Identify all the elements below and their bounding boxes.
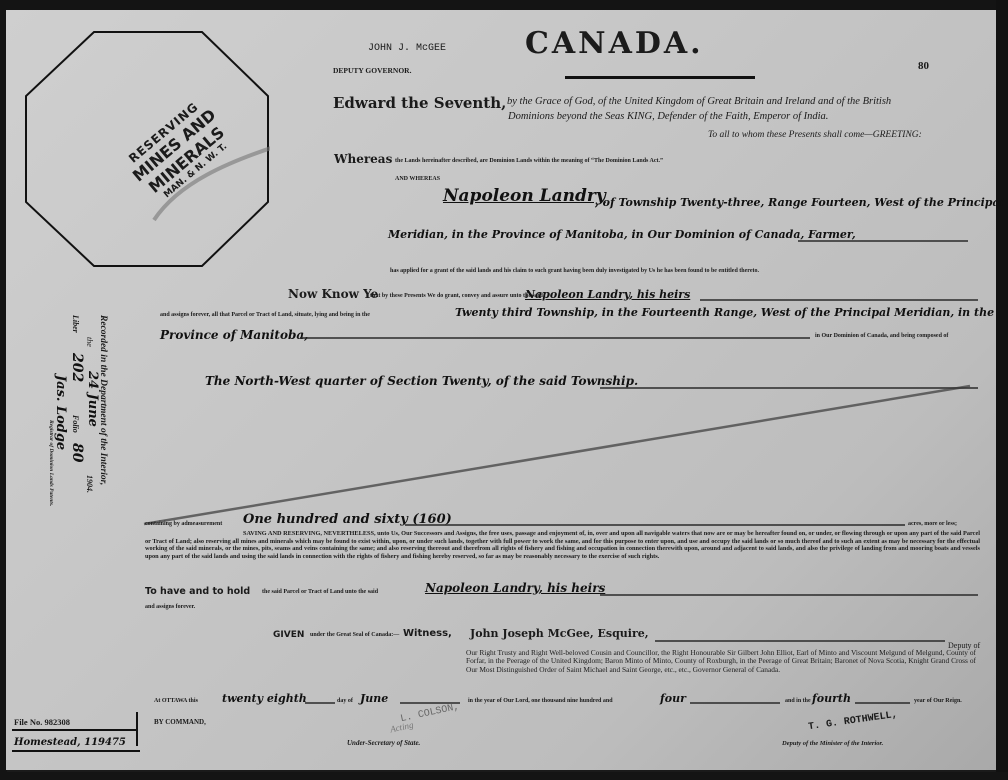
now-know-ye-heading: Now Know Ye: [288, 287, 378, 301]
given-text: under the Great Seal of Canada:—: [310, 632, 399, 638]
liber-label: Liber: [71, 315, 80, 333]
blank-rule: [855, 702, 910, 704]
dominion-text: in Our Dominion of Canada, and being com…: [815, 333, 948, 339]
grantee-name: Napoleon Landry: [443, 186, 606, 206]
dating-month: June: [360, 692, 388, 705]
cancel-stroke-line: [140, 380, 980, 530]
liber-number: 202: [69, 353, 85, 382]
reign-label: and in the: [785, 698, 811, 704]
blank-rule: [300, 337, 810, 339]
land-location: Twenty third Township, in the Fourteenth…: [455, 306, 994, 319]
given-heading: GIVEN: [273, 630, 304, 640]
dating-day: twenty eighth: [222, 692, 307, 705]
homestead-rule: [12, 750, 140, 752]
deputy-governor-stamp: JOHN J. McGEE: [368, 43, 446, 54]
blank-rule: [305, 702, 335, 704]
habendum-line2: and assigns forever.: [145, 604, 195, 610]
registrar-signature: Jas. Lodge: [53, 375, 68, 450]
blank-rule: [600, 594, 978, 596]
blank-rule: [655, 640, 945, 642]
grant-grantee: Napoleon Landry, his heirs: [525, 288, 690, 301]
grant-text: that by these Presents We do grant, conv…: [370, 293, 543, 299]
acreage-prefix: containing by admeasurement: [145, 521, 222, 527]
dating-prefix: At OTTAWA this: [154, 698, 198, 704]
habendum-grantee: Napoleon Landry, his heirs: [425, 581, 605, 595]
recorded-date: 24 June: [85, 371, 100, 427]
dating-reign: fourth: [812, 692, 851, 705]
page-number: 80: [918, 60, 929, 72]
grantee-residence-line1: , of Township Twenty-three, Range Fourte…: [595, 196, 1004, 209]
registrar-label: Registrar of Dominion Lands Patents.: [48, 420, 54, 506]
royal-style-line1: by the Grace of God, of the United Kingd…: [507, 96, 891, 107]
dating-year: four: [660, 692, 686, 705]
file-bracket: [136, 712, 138, 746]
governor-general-styling: Our Right Trusty and Right Well-beloved …: [466, 649, 976, 674]
grantee-residence-line2: Meridian, in the Province of Manitoba, i…: [388, 228, 856, 241]
acreage-suffix: acres, more or less;: [908, 521, 957, 527]
whereas-heading: Whereas: [334, 152, 392, 166]
homestead-number: Homestead, 119475: [14, 737, 126, 748]
scan-border-bottom: [0, 772, 1008, 780]
assigns-text: and assigns forever, all that Parcel or …: [160, 312, 370, 318]
scan-border-right: [996, 0, 1008, 780]
file-number: File No. 982308: [14, 717, 70, 727]
page-title: CANADA.: [525, 26, 704, 61]
province: Province of Manitoba,: [160, 328, 308, 342]
blank-rule: [700, 299, 978, 301]
folio-label: Folio: [71, 415, 80, 433]
file-number-rule: [12, 729, 137, 731]
deputy-governor-label: DEPUTY GOVERNOR.: [333, 66, 411, 75]
habendum-text: the said Parcel or Tract of Land unto th…: [262, 589, 378, 595]
mines-minerals-reservation-stamp: RESERVING MINES AND MINERALS MAN. & N. W…: [24, 30, 270, 268]
blank-rule: [798, 240, 968, 242]
witness-label: Witness,: [403, 628, 452, 639]
whereas-text: the Lands hereinafter described, are Dom…: [395, 158, 663, 164]
applied-text: has applied for a grant of the said land…: [390, 268, 759, 274]
witness-name: John Joseph McGee, Esquire,: [470, 627, 649, 640]
royal-style-line2: Dominions beyond the Seas KING, Defender…: [508, 111, 828, 122]
saving-clause: SAVING AND RESERVING, NEVERTHELESS, unto…: [145, 530, 980, 560]
habendum-heading: To have and to hold: [145, 586, 250, 597]
day-label: day of: [337, 698, 353, 704]
and-whereas-label: AND WHEREAS: [395, 176, 440, 182]
sovereign-name: Edward the Seventh,: [333, 94, 506, 112]
recorded-the-label: the: [85, 337, 94, 347]
blank-rule: [405, 524, 905, 526]
undersecretary-label: Under-Secretary of State.: [347, 739, 420, 747]
by-command-label: BY COMMAND,: [154, 718, 206, 726]
recorded-year: 1904.: [85, 475, 94, 493]
deputy-minister-label: Deputy of the Minister of the Interior.: [782, 740, 883, 747]
reign-suffix: year of Our Reign.: [914, 698, 962, 704]
year-label: in the year of Our Lord, one thousand ni…: [468, 698, 613, 704]
title-rule: [565, 76, 755, 79]
greeting: To all to whom these Presents shall come…: [708, 130, 922, 140]
blank-rule: [690, 702, 780, 704]
folio-number: 80: [69, 443, 85, 462]
